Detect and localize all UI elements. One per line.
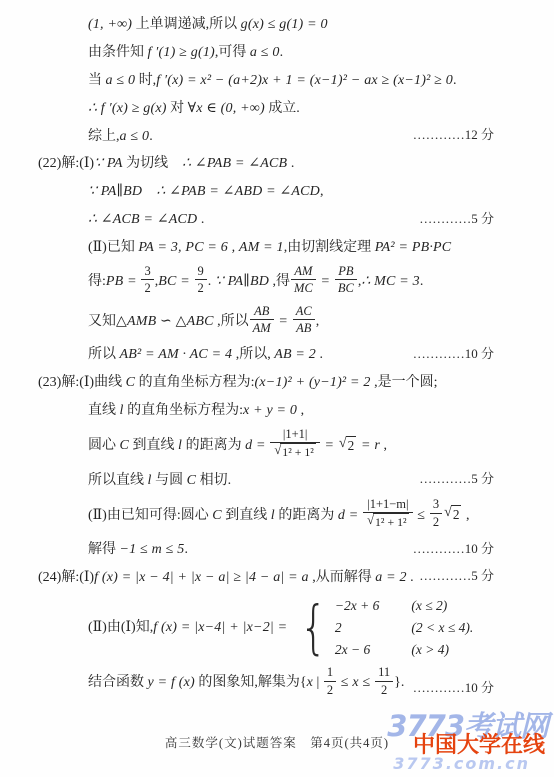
- text-segment: 的图象知,解集为{: [195, 675, 307, 690]
- math-segment: ∵ PA: [94, 156, 123, 171]
- fraction: 12: [324, 665, 336, 697]
- math-segment: f (x) = |x − 4| + |x − a| ≥ |4 − a| = a: [94, 570, 309, 585]
- answer-line: 解得 −1 ≤ m ≤ 5.…………10 分: [0, 540, 554, 560]
- text-segment: ,得: [269, 274, 290, 289]
- text-segment: 时,: [135, 73, 156, 88]
- math-segment: ≤: [414, 508, 429, 523]
- answer-line: 圆心 C 到直线 l 的距离为 d = |1+1|√1² + 1² = √2 =…: [0, 429, 554, 463]
- math-segment: g(x) ≤ g(1) = 0: [241, 17, 328, 32]
- math-segment: f ′(1) ≥ g(1): [148, 45, 215, 60]
- answer-line: ∴ f ′(x) ≥ g(x) 对 ∀x ∈ (0, +∞) 成立.: [0, 99, 554, 119]
- text-segment: 解得: [88, 542, 120, 557]
- fraction-denominator: MC: [291, 280, 316, 295]
- text-segment: 由条件知: [88, 45, 148, 60]
- math-segment: ∴ ∠PAB = ∠ACB: [182, 156, 287, 171]
- fraction-denominator: 2: [195, 280, 207, 295]
- math-segment: ∀x ∈ (0, +∞): [188, 101, 265, 116]
- math-segment: d =: [245, 438, 269, 453]
- fraction-numerator: |1+1−m|: [363, 497, 412, 513]
- answer-line: 当 a ≤ 0 时,f ′(x) = x² − (a+2)x + 1 = (x−…: [0, 71, 554, 91]
- fraction-numerator: 3: [141, 264, 153, 280]
- answer-line: 结合函数 y = f (x) 的图象知,解集为{x | 12 ≤ x ≤ 112…: [0, 667, 554, 699]
- fraction-numerator: AC: [293, 304, 315, 320]
- text-segment: 对: [167, 101, 188, 116]
- text-segment: }.: [394, 675, 404, 690]
- text-segment: 直线: [88, 403, 120, 418]
- answer-line: ∴ ∠ACB = ∠ACD .…………5 分: [0, 210, 554, 230]
- text-segment: 结合函数: [88, 675, 148, 690]
- case-condition: (x ≤ 2): [411, 596, 473, 615]
- math-segment: C: [126, 375, 136, 390]
- radical-content: 2: [346, 436, 357, 454]
- answer-line: (22)解:(Ⅰ)∵ PA 为切线 ∴ ∠PAB = ∠ACB .: [0, 154, 554, 174]
- math-segment: ∵ PA∥BD: [215, 274, 269, 289]
- text-segment: 所以直线: [88, 473, 148, 488]
- text-segment: .: [208, 274, 215, 289]
- text-segment: (Ⅱ)已知: [88, 240, 138, 255]
- text-segment: |: [313, 675, 323, 690]
- fraction: ABAM: [250, 304, 274, 336]
- math-segment: x + y = 0: [243, 403, 297, 418]
- fraction-numerator: 9: [195, 264, 207, 280]
- math-segment: ∴ ∠ACB = ∠ACD: [88, 212, 197, 227]
- text-segment: 上单调递减,所以: [132, 17, 241, 32]
- fraction-denominator: AM: [250, 320, 274, 335]
- text-segment: 得:: [88, 274, 106, 289]
- text-segment: .: [184, 542, 188, 557]
- text-segment: ,: [380, 438, 387, 453]
- case-expression: 2: [335, 618, 379, 637]
- math-segment: C: [120, 438, 130, 453]
- math-segment: a ≤ 0: [250, 45, 280, 60]
- math-segment: f (x) = |x−4| + |x−2| =: [153, 620, 291, 635]
- fraction-numerator: 11: [375, 665, 393, 681]
- score-marks: …………5 分: [419, 567, 494, 585]
- radical: √1² + 1²: [274, 443, 315, 459]
- text-segment: ,是一个圆;: [371, 375, 438, 390]
- brace-icon: {: [300, 603, 328, 652]
- text-segment: 的直角坐标方程为:: [135, 375, 254, 390]
- fraction-denominator: 2: [375, 682, 393, 697]
- answer-line: 由条件知 f ′(1) ≥ g(1),可得 a ≤ 0.: [0, 43, 554, 63]
- score-marks: …………5 分: [419, 210, 494, 228]
- fraction-denominator: √1² + 1²: [270, 443, 319, 460]
- answer-line: 又知△AMB ∽ △ABC ,所以ABAM = ACAB,: [0, 306, 554, 338]
- text-segment: .: [420, 274, 424, 289]
- score-marks: …………10 分: [413, 345, 494, 363]
- math-segment: a = 2: [375, 570, 406, 585]
- text-segment: ,: [462, 508, 469, 523]
- math-segment: d =: [338, 508, 362, 523]
- radical: √1² + 1²: [367, 513, 408, 529]
- text-segment: 到直线: [129, 438, 178, 453]
- answer-line: 直线 l 的直角坐标方程为:x + y = 0 ,: [0, 401, 554, 421]
- fraction-numerator: AM: [291, 264, 316, 280]
- case-condition: (x > 4): [411, 640, 473, 659]
- radical-content: 1² + 1²: [373, 513, 409, 529]
- fraction: 92: [195, 264, 207, 296]
- text-segment: (24)解:(Ⅰ): [38, 570, 94, 585]
- score-marks: …………12 分: [413, 126, 494, 144]
- text-segment: (Ⅱ)由(Ⅰ)知,: [88, 620, 153, 635]
- text-segment: 综上,: [88, 129, 120, 144]
- fraction-denominator: BC: [335, 280, 357, 295]
- math-segment: =: [321, 438, 338, 453]
- text-segment: 的直角坐标方程为:: [124, 403, 243, 418]
- math-segment: ∴ MC = 3: [361, 274, 419, 289]
- fraction-numerator: 3: [430, 497, 442, 513]
- fraction-denominator: 2: [430, 514, 442, 529]
- text-segment: 圆心: [88, 438, 120, 453]
- page-footer: 高三数学(文)试题答案 第4页(共4页): [0, 733, 554, 751]
- math-segment: C: [212, 508, 222, 523]
- text-segment: ,: [320, 184, 324, 199]
- fraction: 112: [375, 665, 393, 697]
- fraction-numerator: PB: [335, 264, 357, 280]
- text-segment: ,所以: [214, 314, 249, 329]
- math-segment: =: [275, 314, 292, 329]
- text-segment: .: [149, 129, 153, 144]
- math-segment: ∵ PA∥BD ∴ ∠PAB = ∠ABD = ∠ACD: [88, 184, 320, 199]
- math-segment: a ≤ 0: [106, 73, 136, 88]
- text-segment: .: [287, 156, 294, 171]
- fraction: 32: [430, 497, 442, 529]
- math-segment: y = f (x): [148, 675, 195, 690]
- text-segment: (22)解:(Ⅰ): [38, 156, 94, 171]
- fraction-denominator: 2: [141, 280, 153, 295]
- math-segment: =: [317, 274, 334, 289]
- text-segment: 为切线: [123, 156, 183, 171]
- text-segment: ,所以,: [232, 347, 274, 362]
- math-segment: a ≤ 0: [120, 129, 150, 144]
- math-segment: ≤ x ≤: [337, 675, 374, 690]
- text-segment: .: [197, 212, 204, 227]
- radical: √2: [339, 436, 356, 454]
- cases-rows: −2x + 6(x ≤ 2)2(2 < x ≤ 4).2x − 6(x > 4): [335, 596, 473, 659]
- math-segment: PB =: [106, 274, 141, 289]
- score-marks: …………10 分: [413, 540, 494, 558]
- text-segment: 的距离为: [182, 438, 245, 453]
- fraction: 32: [141, 264, 153, 296]
- math-segment: BC =: [158, 274, 193, 289]
- math-segment: △AMB ∽ △ABC: [116, 314, 214, 329]
- math-segment: PA = 3, PC = 6 , AM = 1: [138, 240, 283, 255]
- fraction-denominator: √1² + 1²: [363, 513, 412, 530]
- math-segment: AB = 2: [274, 347, 316, 362]
- text-segment: .: [316, 347, 323, 362]
- radical-content: 2: [451, 505, 462, 523]
- fraction: AMMC: [291, 264, 316, 296]
- case-expression: −2x + 6: [335, 596, 379, 615]
- case-expression: 2x − 6: [335, 640, 379, 659]
- text-segment: ,可得: [215, 45, 250, 60]
- math-segment: (x−1)² + (y−1)² = 2: [255, 375, 371, 390]
- fraction: |1+1|√1² + 1²: [270, 427, 319, 461]
- text-segment: 所以: [88, 347, 120, 362]
- fraction-denominator: 2: [324, 682, 336, 697]
- text-segment: .: [407, 570, 414, 585]
- text-segment: (23)解:(Ⅰ)曲线: [38, 375, 126, 390]
- math-segment: f ′(x) = x² − (a+2)x + 1 = (x−1)² − ax ≥…: [156, 73, 453, 88]
- case-condition: (2 < x ≤ 4).: [411, 618, 473, 637]
- answer-line: (1, +∞) 上单调递减,所以 g(x) ≤ g(1) = 0: [0, 15, 554, 35]
- text-segment: 又知: [88, 314, 116, 329]
- answer-line: (Ⅱ)已知 PA = 3, PC = 6 , AM = 1,由切割线定理 PA²…: [0, 238, 554, 258]
- text-segment: ,: [316, 314, 320, 329]
- math-segment: −1 ≤ m ≤ 5: [120, 542, 185, 557]
- answers-body: (1, +∞) 上单调递减,所以 g(x) ≤ g(1) = 0由条件知 f ′…: [0, 0, 554, 707]
- answer-line: 得:PB = 32,BC = 92. ∵ PA∥BD ,得AMMC = PBBC…: [0, 266, 554, 298]
- text-segment: .: [280, 45, 284, 60]
- math-segment: C: [187, 473, 197, 488]
- math-segment: (1, +∞): [88, 17, 132, 32]
- answer-line: 综上,a ≤ 0.…………12 分: [0, 127, 554, 147]
- score-marks: …………10 分: [413, 679, 494, 697]
- answer-line: 所以直线 l 与圆 C 相切.…………5 分: [0, 471, 554, 491]
- answer-line: (Ⅱ)由(Ⅰ)知,f (x) = |x−4| + |x−2| = {−2x + …: [0, 596, 554, 659]
- score-marks: …………5 分: [419, 470, 494, 488]
- fraction: PBBC: [335, 264, 357, 296]
- math-segment: AB² = AM · AC = 4: [120, 347, 233, 362]
- fraction-numerator: AB: [250, 304, 274, 320]
- radical: √2: [444, 505, 461, 523]
- text-segment: 成立.: [265, 101, 300, 116]
- fraction-numerator: |1+1|: [270, 427, 319, 443]
- piecewise-cases: {−2x + 6(x ≤ 2)2(2 < x ≤ 4).2x − 6(x > 4…: [295, 596, 473, 659]
- text-segment: ,由切割线定理: [284, 240, 375, 255]
- radical-content: 1² + 1²: [280, 443, 316, 459]
- text-segment: ,: [297, 403, 304, 418]
- text-segment: .: [453, 73, 457, 88]
- fraction-denominator: AB: [293, 320, 315, 335]
- fraction-numerator: 1: [324, 665, 336, 681]
- math-segment: ∴ f ′(x) ≥ g(x): [88, 101, 167, 116]
- math-segment: PA² = PB·PC: [375, 240, 452, 255]
- answer-line: (24)解:(Ⅰ)f (x) = |x − 4| + |x − a| ≥ |4 …: [0, 568, 554, 588]
- text-segment: 相切.: [196, 473, 231, 488]
- fraction: ACAB: [293, 304, 315, 336]
- text-segment: ,从而解得: [309, 570, 376, 585]
- text-segment: 与圆: [152, 473, 187, 488]
- math-segment: = r: [357, 438, 380, 453]
- answer-line: ∵ PA∥BD ∴ ∠PAB = ∠ABD = ∠ACD,: [0, 182, 554, 202]
- text-segment: 当: [88, 73, 106, 88]
- answer-line: (Ⅱ)由已知可得:圆心 C 到直线 l 的距离为 d = |1+1−m|√1² …: [0, 499, 554, 533]
- watermark-url: 3773.com.cn: [393, 754, 530, 773]
- answer-line: 所以 AB² = AM · AC = 4 ,所以, AB = 2 .…………10…: [0, 345, 554, 365]
- text-segment: (Ⅱ)由已知可得:圆心: [88, 508, 212, 523]
- answer-line: (23)解:(Ⅰ)曲线 C 的直角坐标方程为:(x−1)² + (y−1)² =…: [0, 373, 554, 393]
- text-segment: 到直线: [222, 508, 271, 523]
- text-segment: 的距离为: [275, 508, 338, 523]
- scanned-answer-page: (1, +∞) 上单调递减,所以 g(x) ≤ g(1) = 0由条件知 f ′…: [0, 0, 554, 777]
- fraction: |1+1−m|√1² + 1²: [363, 497, 412, 531]
